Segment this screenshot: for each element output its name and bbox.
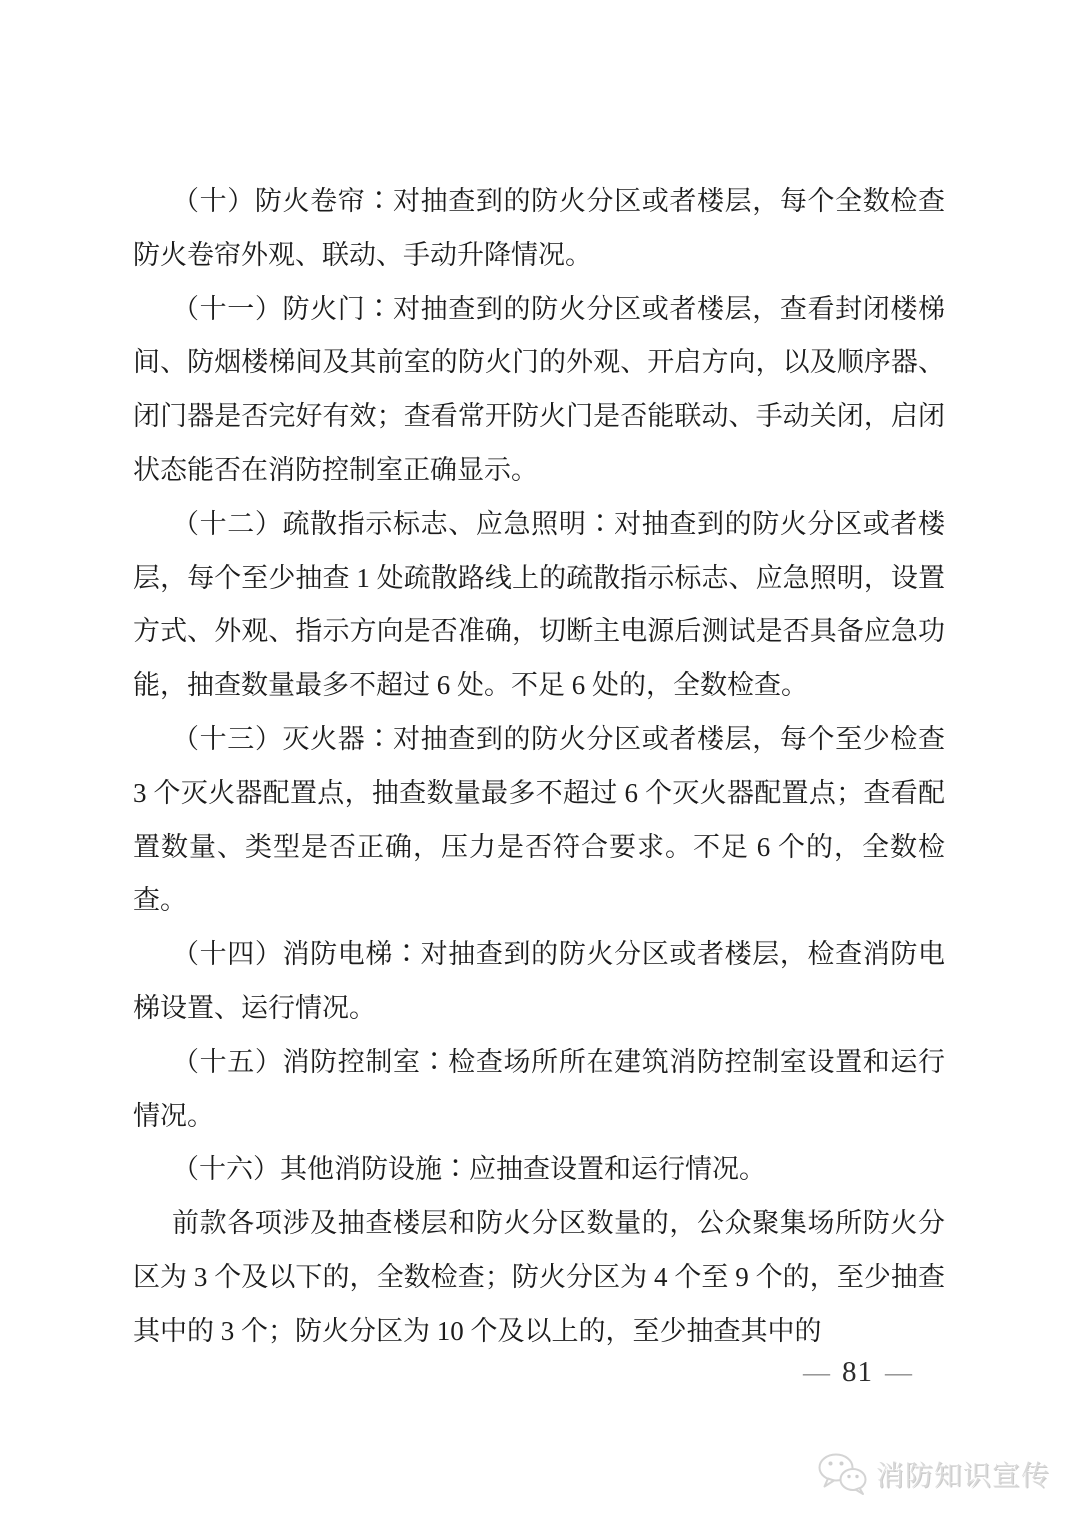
- paragraph-item-10-fire-roller-shutter: （十）防火卷帘∶对抽查到的防火分区或者楼层，每个全数检查防火卷帘外观、联动、手动…: [133, 175, 945, 283]
- paragraph-item-11-fire-door: （十一）防火门∶对抽查到的防火分区或者楼层，查看封闭楼梯间、防烟楼梯间及其前室的…: [133, 283, 945, 498]
- wechat-icon: [817, 1452, 867, 1496]
- watermark: 消防知识宣传: [817, 1452, 1050, 1496]
- paragraph-item-15-fire-control-room: （十五）消防控制室∶检查场所所在建筑消防控制室设置和运行情况。: [133, 1036, 945, 1144]
- watermark-text: 消防知识宣传: [876, 1454, 1050, 1494]
- paragraph-item-14-fire-elevator: （十四）消防电梯∶对抽查到的防火分区或者楼层，检查消防电梯设置、运行情况。: [133, 928, 945, 1036]
- document-page: （十）防火卷帘∶对抽查到的防火分区或者楼层，每个全数检查防火卷帘外观、联动、手动…: [0, 0, 1080, 1527]
- paragraph-item-13-fire-extinguisher: （十三）灭火器∶对抽查到的防火分区或者楼层，每个至少检查 3 个灭火器配置点，抽…: [133, 713, 945, 928]
- paragraph-item-12-evacuation-signs-emergency-lighting: （十二）疏散指示标志、应急照明∶对抽查到的防火分区或者楼层，每个至少抽查 1 处…: [133, 498, 945, 713]
- page-number: — 81 —: [803, 1352, 912, 1392]
- page-number-value: 81: [842, 1352, 873, 1392]
- paragraph-item-16-other-fire-facilities: （十六）其他消防设施∶应抽查设置和运行情况。: [133, 1143, 945, 1197]
- paragraph-sampling-quantity-rules: 前款各项涉及抽查楼层和防火分区数量的，公众聚集场所防火分区为 3 个及以下的，全…: [133, 1197, 945, 1358]
- page-number-dash-left: —: [803, 1352, 830, 1392]
- page-number-dash-right: —: [885, 1352, 912, 1392]
- document-body: （十）防火卷帘∶对抽查到的防火分区或者楼层，每个全数检查防火卷帘外观、联动、手动…: [133, 175, 945, 1359]
